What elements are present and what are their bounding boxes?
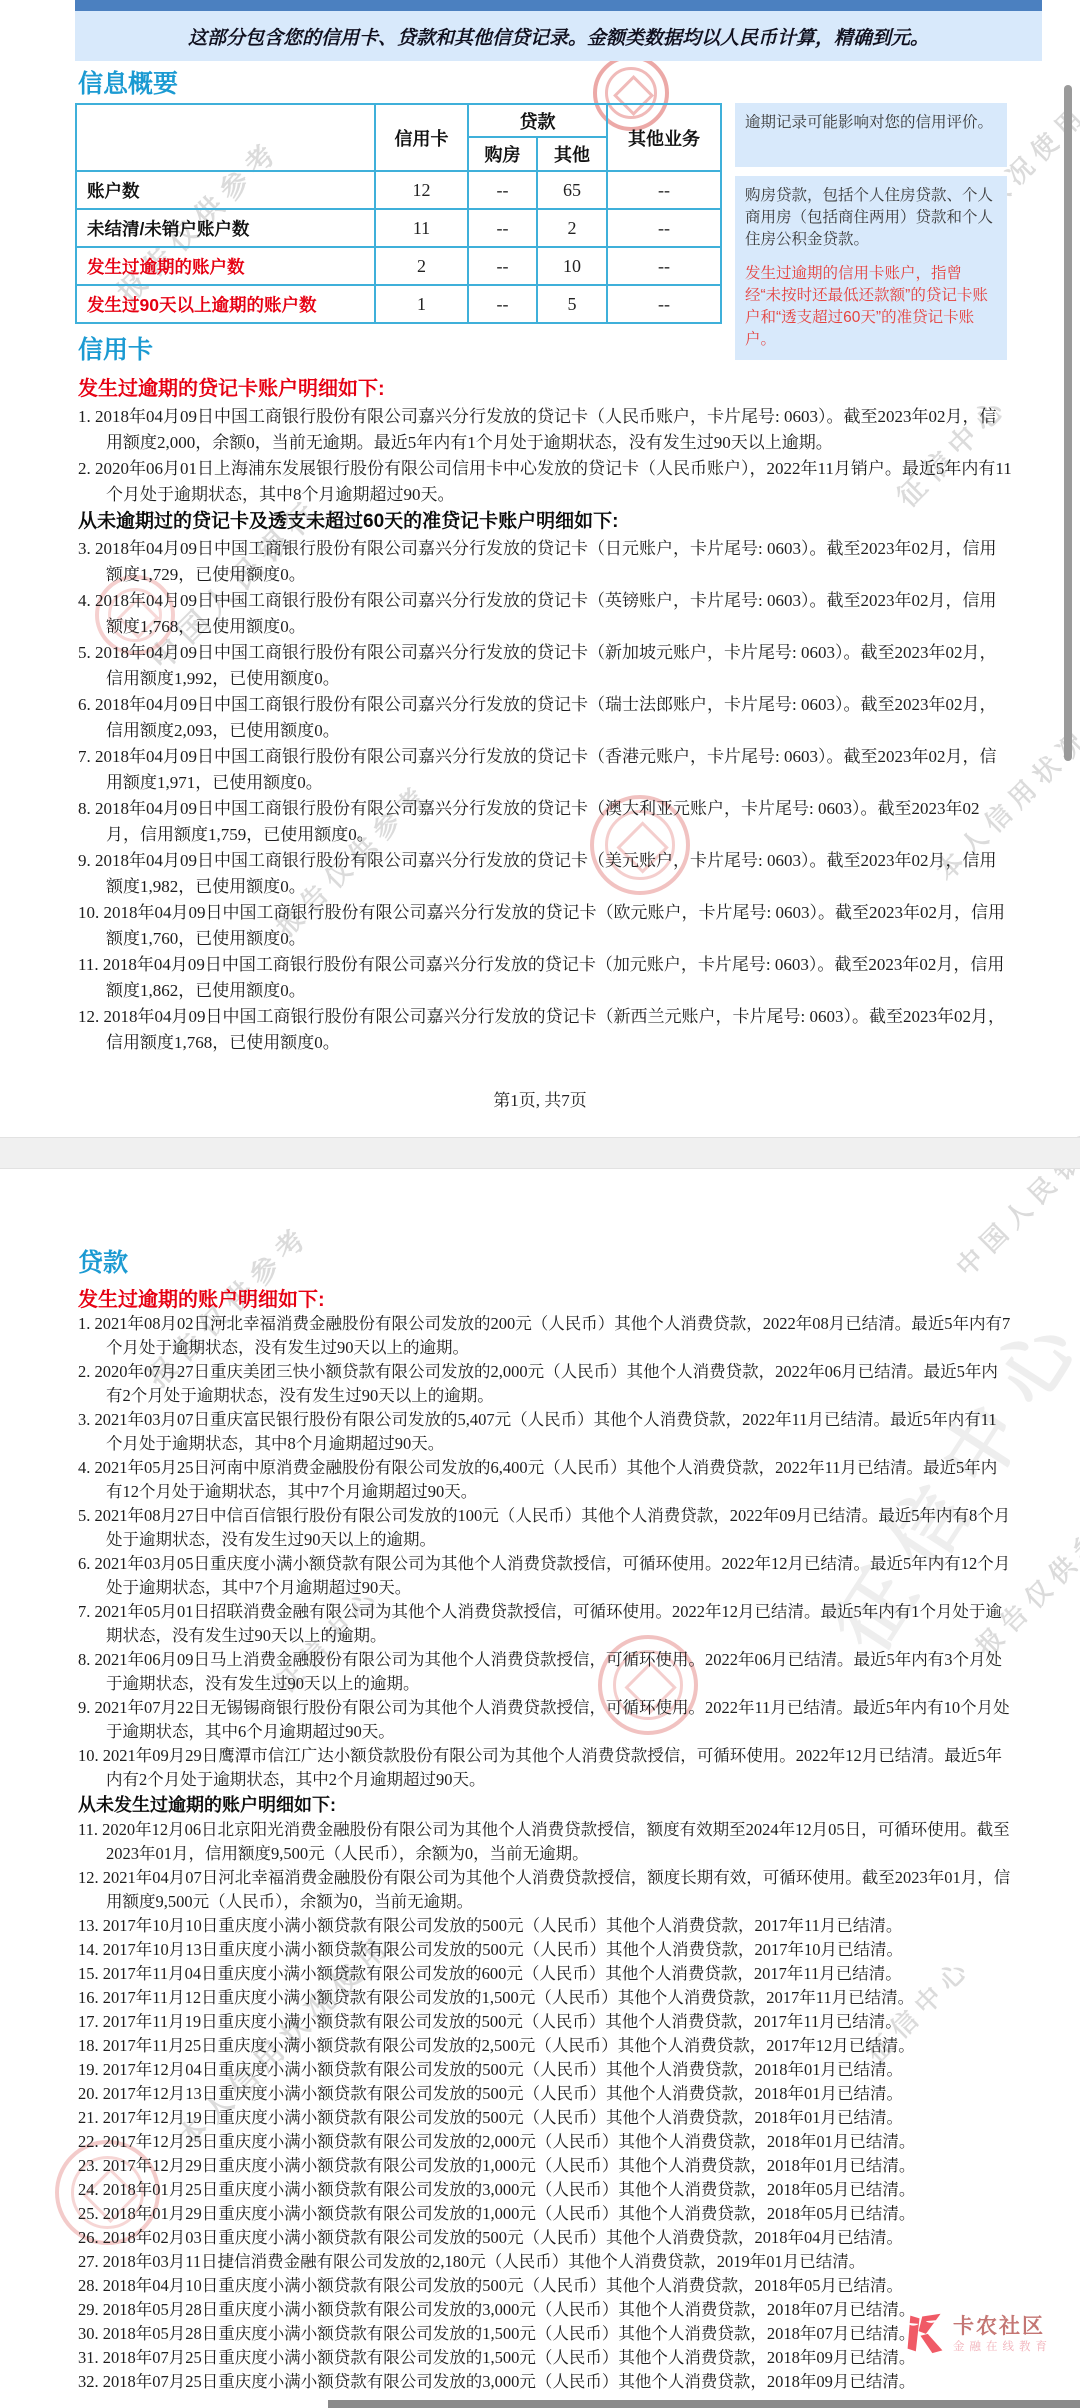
row-label: 账户数 — [76, 171, 375, 209]
credit-card-item: 7. 2018年04月09日中国工商银行股份有限公司嘉兴分行发放的贷记卡（香港元… — [78, 744, 1012, 796]
kanong-logo: 卡农社区 金融在线教育 — [903, 2310, 1068, 2360]
cell-value: -- — [607, 171, 721, 209]
loan-item: 30. 2018年05月28日重庆度小满小额贷款有限公司发放的1,500元（人民… — [78, 2322, 1012, 2346]
col-header-other-business: 其他业务 — [607, 104, 721, 171]
summary-row-accounts: 账户数 12 -- 65 -- — [76, 171, 721, 209]
heading-clean-credit-cards: 从未逾期过的贷记卡及透支未超过60天的准贷记卡账户明细如下: — [78, 508, 1012, 536]
loan-item: 18. 2017年11月25日重庆度小满小额贷款有限公司发放的2,500元（人民… — [78, 2034, 1012, 2058]
summary-row-overdue-90d-accounts: 发生过90天以上逾期的账户数 1 -- 5 -- — [76, 285, 721, 323]
loan-item: 22. 2017年12月25日重庆度小满小额贷款有限公司发放的2,000元（人民… — [78, 2130, 1012, 2154]
loan-item: 28. 2018年04月10日重庆度小满小额贷款有限公司发放的500元（人民币）… — [78, 2274, 1012, 2298]
loan-item: 25. 2018年01月29日重庆度小满小额贷款有限公司发放的1,000元（人民… — [78, 2202, 1012, 2226]
cell-value: 10 — [537, 247, 607, 285]
section-title-loans: 贷款 — [78, 1243, 128, 1279]
summary-row-open-accounts: 未结清/未销户账户数 11 -- 2 -- — [76, 209, 721, 247]
loan-item: 20. 2017年12月13日重庆度小满小额贷款有限公司发放的500元（人民币）… — [78, 2082, 1012, 2106]
credit-card-item: 12. 2018年04月09日中国工商银行股份有限公司嘉兴分行发放的贷记卡（新西… — [78, 1004, 1012, 1056]
loan-item: 23. 2017年12月29日重庆度小满小额贷款有限公司发放的1,000元（人民… — [78, 2154, 1012, 2178]
row-label: 未结清/未销户账户数 — [76, 209, 375, 247]
credit-card-item: 10. 2018年04月09日中国工商银行股份有限公司嘉兴分行发放的贷记卡（欧元… — [78, 900, 1012, 952]
loan-item: 10. 2021年09月29日鹰潭市信江广达小额贷款股份有限公司为其他个人消费贷… — [78, 1744, 1012, 1792]
loan-item: 32. 2018年07月25日重庆度小满小额贷款有限公司发放的3,000元（人民… — [78, 2370, 1012, 2394]
loan-item: 13. 2017年10月10日重庆度小满小额贷款有限公司发放的500元（人民币）… — [78, 1914, 1012, 1938]
loan-item: 1. 2021年08月02日河北幸福消费金融股份有限公司发放的200元（人民币）… — [78, 1312, 1012, 1360]
loan-item: 6. 2021年03月05日重庆度小满小额贷款有限公司为其他个人消费贷款授信，可… — [78, 1552, 1012, 1600]
loan-item: 29. 2018年05月28日重庆度小满小额贷款有限公司发放的3,000元（人民… — [78, 2298, 1012, 2322]
col-header-loan-other: 其他 — [537, 137, 607, 171]
credit-card-item: 2. 2020年06月01日上海浦东发展银行股份有限公司信用卡中心发放的贷记卡（… — [78, 456, 1012, 508]
section-title-credit-card: 信用卡 — [78, 330, 153, 366]
kanong-logo-subtitle: 金融在线教育 — [953, 2339, 1052, 2355]
page-footer: 第1页, 共7页 — [0, 1086, 1080, 1111]
bottom-progress-bar — [328, 2400, 1080, 2408]
col-header-loan: 贷款 — [468, 104, 607, 137]
credit-card-item: 4. 2018年04月09日中国工商银行股份有限公司嘉兴分行发放的贷记卡（英镑账… — [78, 588, 1012, 640]
col-header-loan-house: 购房 — [468, 137, 537, 171]
col-header-credit-card: 信用卡 — [375, 104, 468, 171]
loan-item: 7. 2021年05月01日招联消费金融有限公司为其他个人消费贷款授信，可循环使… — [78, 1600, 1012, 1648]
loan-item: 14. 2017年10月13日重庆度小满小额贷款有限公司发放的500元（人民币）… — [78, 1938, 1012, 1962]
loan-item: 9. 2021年07月22日无锡锡商银行股份有限公司为其他个人消费贷款授信，可循… — [78, 1696, 1012, 1744]
credit-card-item: 3. 2018年04月09日中国工商银行股份有限公司嘉兴分行发放的贷记卡（日元账… — [78, 536, 1012, 588]
summary-table: 信用卡 贷款 其他业务 购房 其他 账户数 12 -- 65 -- 未结清/未销… — [75, 103, 722, 324]
section-title-summary: 信息概要 — [78, 64, 178, 100]
cell-value: -- — [607, 285, 721, 323]
cell-value: -- — [468, 285, 537, 323]
page-separator — [0, 1137, 1080, 1169]
loan-item: 16. 2017年11月12日重庆度小满小额贷款有限公司发放的1,500元（人民… — [78, 1986, 1012, 2010]
loan-item: 21. 2017年12月19日重庆度小满小额贷款有限公司发放的500元（人民币）… — [78, 2106, 1012, 2130]
row-label: 发生过90天以上逾期的账户数 — [76, 285, 375, 323]
cell-value: -- — [468, 209, 537, 247]
note-house-loan-definition: 购房贷款，包括个人住房贷款、个人商用房（包括商住两用）贷款和个人住房公积金贷款。 — [735, 176, 1007, 260]
loan-item: 2. 2020年07月27日重庆美团三快小额贷款有限公司发放的2,000元（人民… — [78, 1360, 1012, 1408]
loan-item: 15. 2017年11月04日重庆度小满小额贷款有限公司发放的600元（人民币）… — [78, 1962, 1012, 1986]
loan-item: 24. 2018年01月25日重庆度小满小额贷款有限公司发放的3,000元（人民… — [78, 2178, 1012, 2202]
kanong-logo-icon — [903, 2311, 947, 2360]
credit-card-item: 11. 2018年04月09日中国工商银行股份有限公司嘉兴分行发放的贷记卡（加元… — [78, 952, 1012, 1004]
section-intro-banner: 这部分包含您的信用卡、贷款和其他信贷记录。金额类数据均以人民币计算，精确到元。 — [75, 11, 1042, 61]
loan-item: 5. 2021年08月27日中信百信银行股份有限公司发放的100元（人民币）其他… — [78, 1504, 1012, 1552]
credit-card-list: 1. 2018年04月09日中国工商银行股份有限公司嘉兴分行发放的贷记卡（人民币… — [78, 404, 1012, 1056]
cell-value: -- — [607, 209, 721, 247]
summary-corner-cell — [76, 104, 375, 171]
note-overdue-card-definition: 发生过逾期的信用卡账户，指曾经“未按时还最低还款额”的贷记卡账户和“透支超过60… — [735, 254, 1007, 360]
loan-item: 3. 2021年03月07日重庆富民银行股份有限公司发放的5,407元（人民币）… — [78, 1408, 1012, 1456]
loan-item: 26. 2018年02月03日重庆度小满小额贷款有限公司发放的500元（人民币）… — [78, 2226, 1012, 2250]
loan-item: 19. 2017年12月04日重庆度小满小额贷款有限公司发放的500元（人民币）… — [78, 2058, 1012, 2082]
loan-item: 4. 2021年05月25日河南中原消费金融股份有限公司发放的6,400元（人民… — [78, 1456, 1012, 1504]
loan-list: 1. 2021年08月02日河北幸福消费金融股份有限公司发放的200元（人民币）… — [78, 1312, 1012, 2394]
cell-value: 1 — [375, 285, 468, 323]
cell-value: 12 — [375, 171, 468, 209]
loan-item: 17. 2017年11月19日重庆度小满小额贷款有限公司发放的500元（人民币）… — [78, 2010, 1012, 2034]
loan-item: 31. 2018年07月25日重庆度小满小额贷款有限公司发放的1,500元（人民… — [78, 2346, 1012, 2370]
heading-overdue-loans: 发生过逾期的账户明细如下: — [78, 1283, 325, 1312]
cell-value: 5 — [537, 285, 607, 323]
row-label: 发生过逾期的账户数 — [76, 247, 375, 285]
heading-overdue-credit-cards: 发生过逾期的贷记卡账户明细如下: — [78, 372, 385, 401]
cell-value: -- — [468, 247, 537, 285]
cell-value: 11 — [375, 209, 468, 247]
cell-value: -- — [468, 171, 537, 209]
scrollbar-thumb[interactable] — [1064, 85, 1072, 761]
credit-card-item: 1. 2018年04月09日中国工商银行股份有限公司嘉兴分行发放的贷记卡（人民币… — [78, 404, 1012, 456]
credit-card-item: 5. 2018年04月09日中国工商银行股份有限公司嘉兴分行发放的贷记卡（新加坡… — [78, 640, 1012, 692]
summary-row-overdue-accounts: 发生过逾期的账户数 2 -- 10 -- — [76, 247, 721, 285]
kanong-logo-title: 卡农社区 — [953, 2315, 1052, 2339]
loan-item: 12. 2021年04月07日河北幸福消费金融股份有限公司为其他个人消费贷款授信… — [78, 1866, 1012, 1914]
loan-item: 27. 2018年03月11日捷信消费金融有限公司发放的2,180元（人民币）其… — [78, 2250, 1012, 2274]
cell-value: -- — [607, 247, 721, 285]
cell-value: 2 — [375, 247, 468, 285]
credit-card-item: 9. 2018年04月09日中国工商银行股份有限公司嘉兴分行发放的贷记卡（美元账… — [78, 848, 1012, 900]
loan-item: 8. 2021年06月09日马上消费金融股份有限公司为其他个人消费贷款授信，可循… — [78, 1648, 1012, 1696]
summary-header-row: 信用卡 贷款 其他业务 — [76, 104, 721, 137]
loan-item: 11. 2020年12月06日北京阳光消费金融股份有限公司为其他个人消费贷款授信… — [78, 1818, 1012, 1866]
credit-card-item: 8. 2018年04月09日中国工商银行股份有限公司嘉兴分行发放的贷记卡（澳大利… — [78, 796, 1012, 848]
cell-value: 2 — [537, 209, 607, 247]
credit-card-item: 6. 2018年04月09日中国工商银行股份有限公司嘉兴分行发放的贷记卡（瑞士法… — [78, 692, 1012, 744]
heading-clean-loans: 从未发生过逾期的账户明细如下: — [78, 1792, 1012, 1818]
note-overdue-impact: 逾期记录可能影响对您的信用评价。 — [735, 103, 1007, 167]
cell-value: 65 — [537, 171, 607, 209]
top-bar — [75, 0, 1042, 11]
intro-banner-text: 这部分包含您的信用卡、贷款和其他信贷记录。金额类数据均以人民币计算，精确到元。 — [188, 23, 929, 50]
